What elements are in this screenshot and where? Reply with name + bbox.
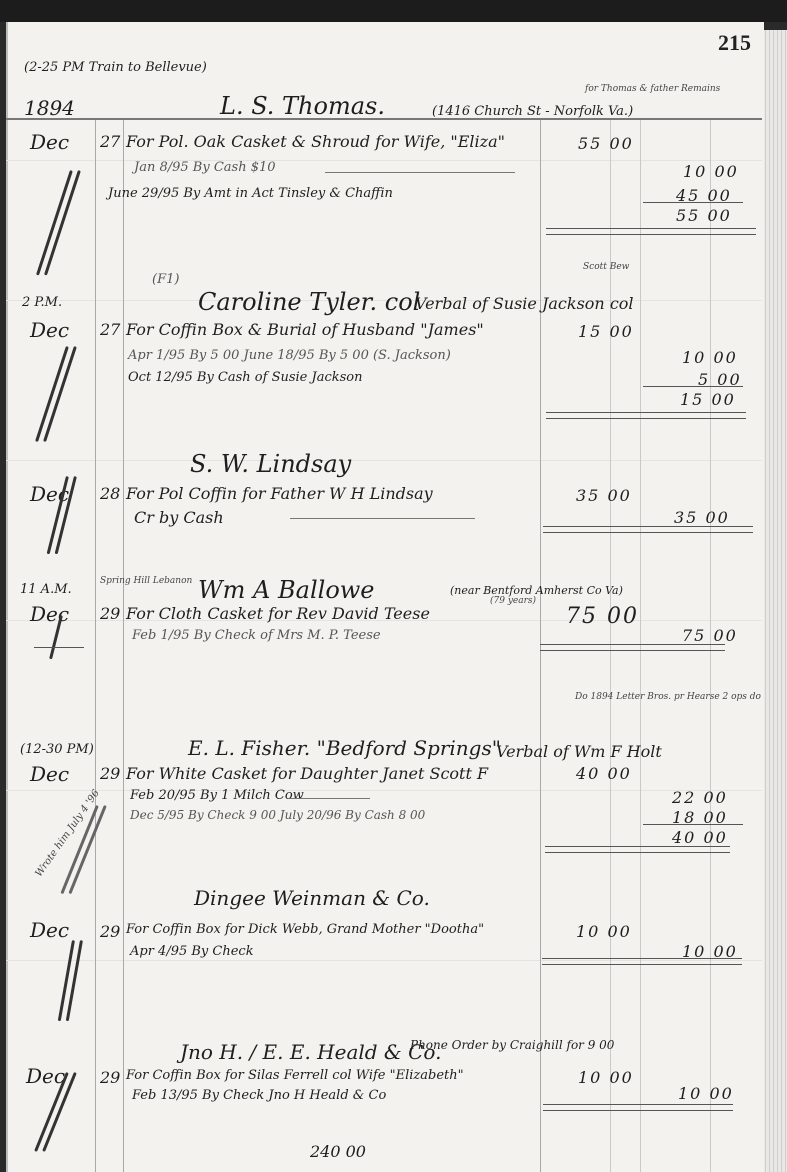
closing-double-rule (546, 412, 746, 419)
closing-double-rule (542, 958, 742, 965)
entry-month: Dec (26, 1064, 65, 1088)
ruled-line (6, 790, 762, 791)
entry-customer: L. S. Thomas. (220, 92, 385, 120)
entry-address: Verbal of Wm F Holt (496, 742, 662, 761)
entry-side-note: Scott Bew (583, 262, 629, 272)
entry-charge: 10 00 (578, 1068, 634, 1087)
entry-time-note: (2-25 PM Train to Bellevue) (24, 60, 207, 75)
entry-credit-amount: 22 00 (672, 788, 728, 807)
entry-day: 29 (100, 764, 120, 783)
closing-double-rule (543, 1104, 733, 1111)
entry-day: 27 (100, 320, 120, 339)
entry-ref-note: (F1) (152, 272, 179, 287)
entry-credit-text: Feb 20/95 By 1 Milch Cow (130, 788, 304, 803)
entry-day: 28 (100, 484, 120, 503)
closing-double-rule (546, 228, 756, 235)
entry-charge: 40 00 (576, 764, 632, 783)
entry-credit-amount: 10 00 (683, 162, 739, 181)
entry-charge: 15 00 (578, 322, 634, 341)
entry-address: Verbal of Susie Jackson col (415, 294, 634, 313)
entry-ref-note: (79 years) (490, 596, 536, 606)
entry-address: Phone Order by Craighill for 9 00 (410, 1038, 614, 1052)
entry-credit-amount: 10 00 (682, 348, 738, 367)
fill-dash (290, 518, 475, 519)
entry-customer: Dingee Weinman & Co. (194, 886, 430, 910)
column-rule-day (123, 120, 124, 1172)
entry-side-note: Do 1894 Letter Bros. pr Hearse 2 ops do (575, 692, 761, 702)
entry-credit-text: Jan 8/95 By Cash $10 (134, 160, 276, 175)
entry-credit-text: Feb 13/95 By Check Jno H Heald & Co (132, 1088, 386, 1103)
entry-time-note: (12-30 PM) (20, 742, 94, 757)
entry-day: 29 (100, 922, 120, 941)
closing-double-rule (545, 846, 730, 853)
entry-total: 55 00 (676, 206, 732, 225)
year-label: 1894 (24, 96, 75, 120)
entry-description: For Cloth Casket for Rev David Teese (126, 604, 430, 623)
entry-total: 40 00 (672, 828, 728, 847)
entry-credit-amount: 75 00 (682, 626, 738, 645)
page-total: 240 00 (310, 1142, 366, 1161)
entry-month: Dec (30, 762, 69, 786)
entry-address: (1416 Church St - Norfolk Va.) (432, 104, 633, 119)
entry-customer: E. L. Fisher. "Bedford Springs" (188, 736, 501, 760)
entry-day: 29 (100, 1068, 120, 1087)
page-stack-edge (762, 30, 787, 1172)
book-binding-shadow (0, 0, 787, 22)
entry-customer: Jno H. / E. E. Heald & Co. (180, 1040, 441, 1064)
entry-side-note: for Thomas & father Remains (585, 84, 720, 94)
fill-dash (325, 172, 515, 173)
entry-credit-text: Apr 1/95 By 5 00 June 18/95 By 5 00 (S. … (128, 348, 451, 363)
column-rule-month (95, 120, 96, 1172)
page-number: 215 (718, 30, 751, 56)
sum-rule (643, 386, 743, 387)
entry-description: For Coffin Box for Silas Ferrell col Wif… (126, 1068, 464, 1083)
entry-credit-text: Apr 4/95 By Check (130, 944, 254, 959)
entry-time-note: 2 P.M. (22, 295, 62, 310)
closing-double-rule (543, 526, 753, 533)
entry-description: For Coffin Box for Dick Webb, Grand Moth… (126, 922, 484, 937)
entry-credit-text: Cr by Cash (134, 508, 224, 527)
entry-charge: 75 00 (566, 604, 639, 629)
entry-charge: 10 00 (576, 922, 632, 941)
entry-credit-text: Dec 5/95 By Check 9 00 July 20/96 By Cas… (130, 808, 425, 822)
entry-month: Dec (30, 318, 69, 342)
entry-credit-text: June 29/95 By Amt in Act Tinsley & Chaff… (108, 186, 393, 201)
ruled-line (6, 460, 762, 461)
entry-month: Dec (30, 918, 69, 942)
entry-description: For Coffin Box & Burial of Husband "Jame… (126, 320, 484, 339)
entry-customer: S. W. Lindsay (190, 450, 351, 478)
entry-side-note: Spring Hill Lebanon (100, 576, 192, 586)
entry-charge: 35 00 (576, 486, 632, 505)
sum-rule (643, 202, 743, 203)
entry-description: For Pol Coffin for Father W H Lindsay (126, 484, 433, 503)
entry-day: 29 (100, 604, 120, 623)
entry-credit-amount: 10 00 (678, 1084, 734, 1103)
entry-time-note: 11 A.M. (20, 582, 72, 597)
entry-day: 27 (100, 132, 120, 151)
entry-customer: Wm A Ballowe (198, 576, 375, 604)
entry-description: For Pol. Oak Casket & Shroud for Wife, "… (126, 132, 505, 151)
entry-customer: Caroline Tyler. col (198, 288, 420, 316)
closing-double-rule (540, 644, 725, 651)
entry-month: Dec (30, 602, 69, 626)
entry-credit-text: Oct 12/95 By Cash of Susie Jackson (128, 370, 363, 385)
entry-month: Dec (30, 130, 69, 154)
entry-address: (near Bentford Amherst Co Va) (450, 584, 623, 597)
entry-total: 15 00 (680, 390, 736, 409)
entry-credit-amount: 35 00 (674, 508, 730, 527)
fill-dash (290, 798, 370, 799)
paid-check-mark (34, 647, 84, 648)
entry-description: For White Casket for Daughter Janet Scot… (126, 764, 488, 783)
sum-rule (643, 824, 743, 825)
ruled-line (6, 160, 762, 161)
entry-credit-text: Feb 1/95 By Check of Mrs M. P. Teese (132, 628, 381, 643)
entry-charge: 55 00 (578, 134, 634, 153)
